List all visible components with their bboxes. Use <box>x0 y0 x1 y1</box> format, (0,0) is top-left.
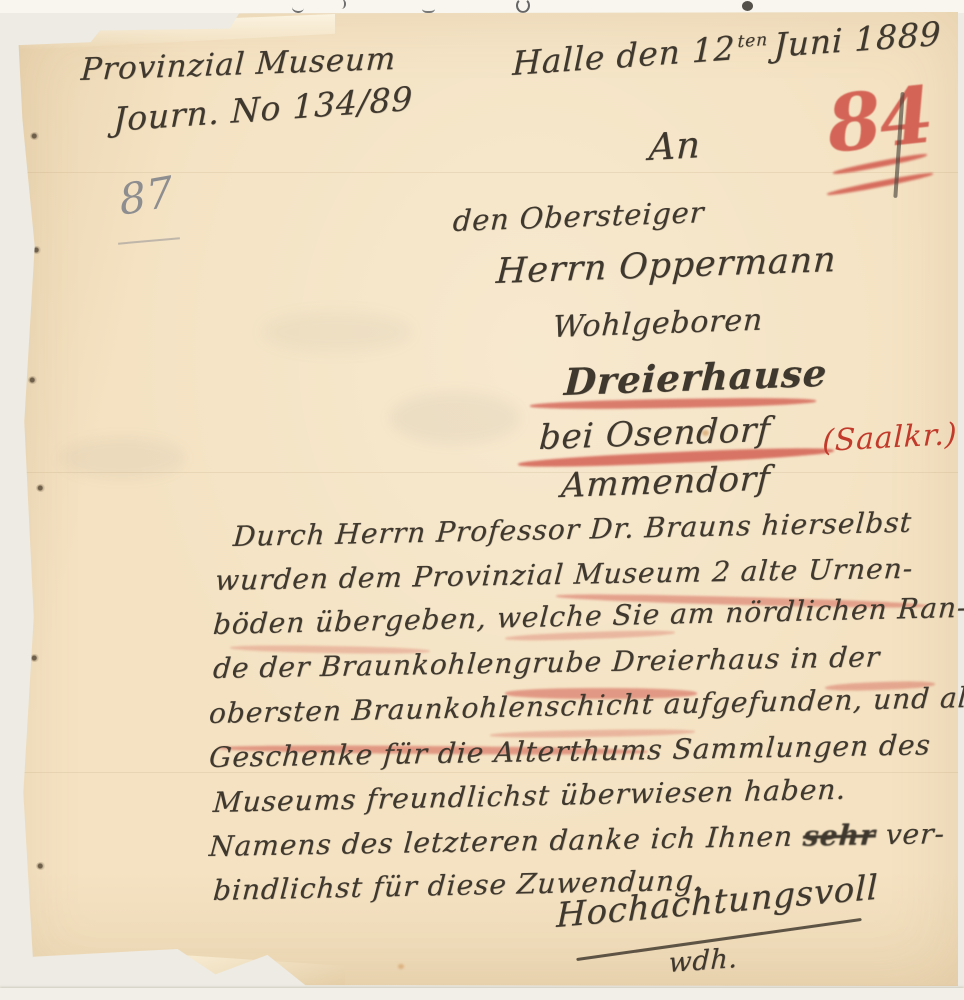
dateline-ordinal-superscript: ten <box>737 30 768 52</box>
pencil-underline <box>118 237 180 244</box>
scanner-edge-bottom <box>0 988 964 1000</box>
hyphenated-continuation: ver- <box>885 817 947 851</box>
red-ink-district-note: (Saalkr.) <box>822 417 958 459</box>
scanned-letter: Provinzial Museum Journ. No 134/89 87 Ha… <box>0 0 964 1000</box>
body-line: obersten Braunkohlenschicht aufgefunden,… <box>208 681 964 730</box>
body-line: wurden dem Provinzial Museum 2 alte Urne… <box>214 552 914 597</box>
reference-journal-number: Journ. No 134/89 <box>113 79 413 139</box>
struck-out-word: sehr <box>802 818 877 852</box>
handwriting-layer: Provinzial Museum Journ. No 134/89 87 Ha… <box>0 0 964 1000</box>
address-honorific: Wohlgeboren <box>552 303 764 345</box>
dateline: Halle den 12tenJuni 1889 <box>512 14 942 83</box>
red-registry-number: 84 <box>822 70 935 171</box>
address-place-dreierhause: Dreierhause <box>563 351 828 404</box>
salutation: An <box>648 123 702 169</box>
address-title: den Obersteiger <box>452 195 705 238</box>
body-line: de der Braunkohlengrube Dreierhaus in de… <box>212 640 881 685</box>
body-line: Geschenke für die Alterthums Sammlungen … <box>208 728 932 774</box>
address-name: Herrn Oppermann <box>495 240 837 292</box>
address-place-osendorf: bei Osendorf <box>538 410 772 458</box>
body-line: böden übergeben, welche Sie am nördliche… <box>212 591 964 641</box>
pencil-folio-number: 87 <box>117 167 176 225</box>
dateline-place-day: Halle den 12 <box>512 28 736 83</box>
reference-stamp-line1: Provinzial Museum <box>80 41 397 88</box>
body-line: Museums freundlichst überwiesen haben. <box>212 773 847 819</box>
signature-initials: wdh. <box>668 943 738 979</box>
dateline-month-year: Juni 1889 <box>773 14 941 65</box>
body-line-text: Namens des letzteren danke ich Ihnen <box>208 820 794 863</box>
body-line: Durch Herrn Professor Dr. Brauns hiersel… <box>232 506 913 553</box>
body-line: Namens des letzteren danke ich Ihnensehr… <box>208 817 946 863</box>
address-place-ammendorf: Ammendorf <box>560 459 771 506</box>
